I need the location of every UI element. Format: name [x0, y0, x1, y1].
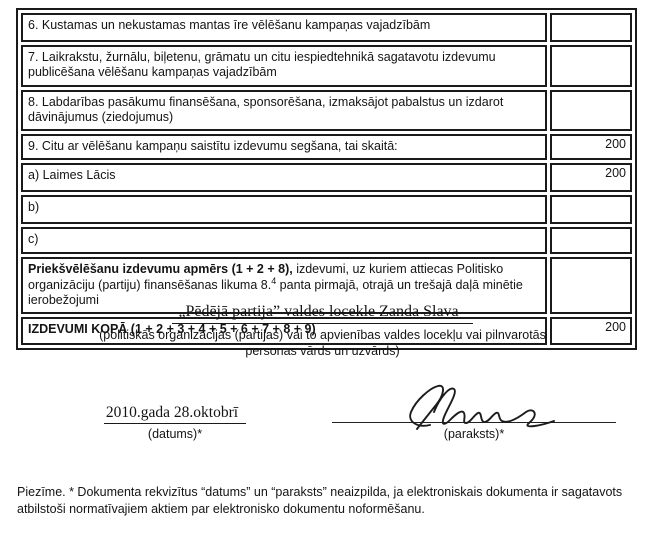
signatory-name-block: „Pēdējā partija” valdes locekle Zanda Sl…	[0, 303, 645, 359]
row-label: a) Laimes Lācis	[21, 163, 547, 192]
row-value	[550, 13, 632, 42]
row-value: 200	[550, 134, 632, 160]
signatory-name-caption: (politiskās organizācijas (partijas) vai…	[93, 328, 553, 359]
table-row: 8. Labdarības pasākumu finansēšana, spon…	[21, 90, 632, 132]
row-label: c)	[21, 227, 547, 254]
row-value	[550, 45, 632, 87]
row-label: 6. Kustamas un nekustamas mantas īre vēl…	[21, 13, 547, 42]
date-value: 2010.gada 28.oktobrī	[104, 404, 246, 424]
table-row: b)	[21, 195, 632, 224]
scanned-document-page: { "table": { "rows": [ { "text": "6. Kus…	[0, 0, 645, 536]
table-row: 9. Citu ar vēlēšanu kampaņu saistītu izd…	[21, 134, 632, 160]
row-label: b)	[21, 195, 547, 224]
footnote: Piezīme. * Dokumenta rekvizītus “datums”…	[17, 484, 623, 518]
signature-block: (paraksts)*	[332, 380, 616, 441]
handwritten-signature-image	[378, 381, 568, 433]
table-row: 7. Laikrakstu, žurnālu, biļetenu, grāmat…	[21, 45, 632, 87]
row-label-bold: Priekšvēlēšanu izdevumu apmērs (1 + 2 + …	[28, 262, 293, 276]
row-label: 8. Labdarības pasākumu finansēšana, spon…	[21, 90, 547, 132]
expenses-table: 6. Kustamas un nekustamas mantas īre vēl…	[16, 8, 637, 350]
row-label: 9. Citu ar vēlēšanu kampaņu saistītu izd…	[21, 134, 547, 160]
date-block: 2010.gada 28.oktobrī (datums)*	[95, 404, 255, 441]
table-row: a) Laimes Lācis 200	[21, 163, 632, 192]
row-value: 200	[550, 163, 632, 192]
signatory-name: „Pēdējā partija” valdes locekle Zanda Sl…	[172, 303, 472, 324]
row-value	[550, 90, 632, 132]
signature-line	[332, 380, 616, 423]
date-caption: (datums)*	[95, 427, 255, 441]
row-value	[550, 195, 632, 224]
table-row: c)	[21, 227, 632, 254]
row-value	[550, 227, 632, 254]
table-row: 6. Kustamas un nekustamas mantas īre vēl…	[21, 13, 632, 42]
row-label: 7. Laikrakstu, žurnālu, biļetenu, grāmat…	[21, 45, 547, 87]
